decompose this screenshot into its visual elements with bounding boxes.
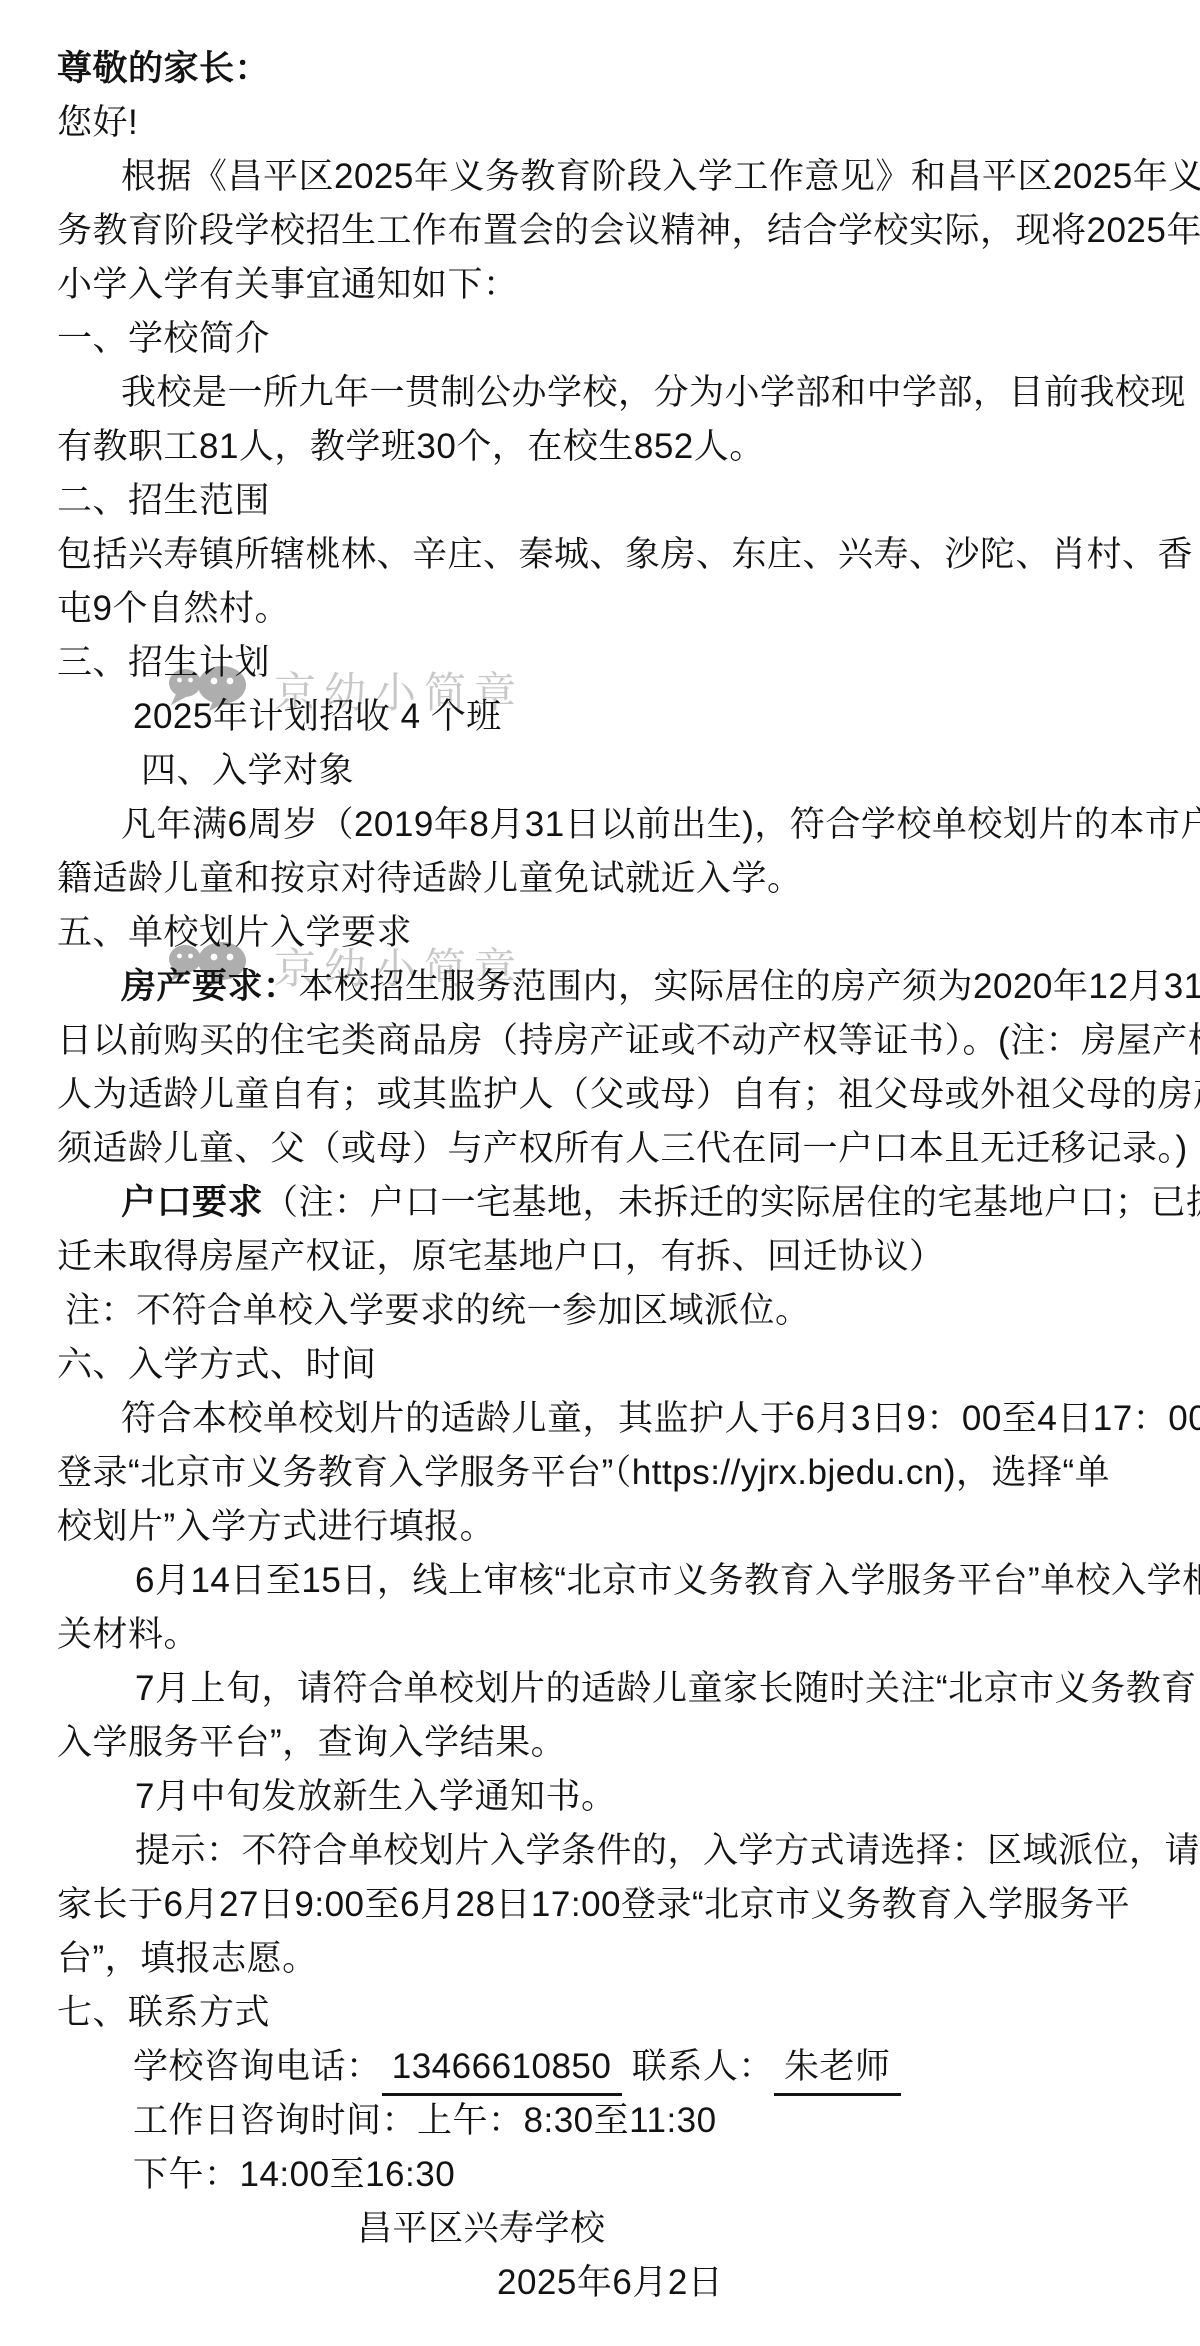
text-line: 人为适龄儿童自有；或其监护人（父或母）自有；祖父母或外祖父母的房产 xyxy=(57,1068,1160,1122)
underlined-value: 朱老师 xyxy=(774,2047,901,2096)
text-line: 户口要求（注：户口一宅基地，未拆迁的实际居住的宅基地户口；已拆 xyxy=(57,1176,1160,1230)
text-line: 7月上旬，请符合单校划片的适龄儿童家长随时关注“北京市义务教育 xyxy=(57,1662,1160,1716)
text-line: 校划片”入学方式进行填报。 xyxy=(57,1500,1160,1554)
text-line: 包括兴寿镇所辖桃林、辛庄、秦城、象房、东庄、兴寿、沙陀、肖村、香 xyxy=(57,528,1160,582)
text-line: 日以前购买的住宅类商品房（持房产证或不动产权等证书）。(注：房屋产权 xyxy=(57,1014,1160,1068)
text-run: 注：不符合单校入学要求的统一参加区域派位。 xyxy=(65,1291,811,1330)
text-run: 入学服务平台”，查询入学结果。 xyxy=(57,1723,566,1762)
text-line: 四、入学对象 xyxy=(57,744,1160,798)
document-text: 尊敬的家长：您好!根据《昌平区2025年义务教育阶段入学工作意见》和昌平区202… xyxy=(0,0,1200,2310)
text-run: 二、招生范围 xyxy=(57,481,270,520)
text-line: 屯9个自然村。 xyxy=(57,582,1160,636)
text-line: 昌平区兴寿学校 xyxy=(57,2202,1160,2256)
text-run: （注：户口一宅基地，未拆迁的实际居住的宅基地户口；已拆 xyxy=(263,1183,1200,1222)
text-line: 房产要求：本校招生服务范围内，实际居住的房产须为2020年12月31 xyxy=(57,960,1160,1014)
text-line: 务教育阶段学校招生工作布置会的会议精神，结合学校实际，现将2025年 xyxy=(57,204,1160,258)
text-run: 本校招生服务范围内，实际居住的房产须为2020年12月31 xyxy=(299,967,1200,1006)
text-line: 一、学校简介 xyxy=(57,312,1160,366)
text-run: 七、联系方式 xyxy=(57,1993,270,2032)
text-run: 五、单校划片入学要求 xyxy=(57,913,412,952)
text-line: 尊敬的家长： xyxy=(57,42,1160,96)
text-line: 二、招生范围 xyxy=(57,474,1160,528)
text-run: 符合本校单校划片的适龄儿童，其监护人于6月3日9：00至4日17：00 xyxy=(121,1399,1200,1438)
text-run: 台”，填报志愿。 xyxy=(57,1939,318,1978)
text-line: 五、单校划片入学要求 xyxy=(57,906,1160,960)
text-line: 根据《昌平区2025年义务教育阶段入学工作意见》和昌平区2025年义 xyxy=(57,150,1160,204)
text-run: 我校是一所九年一贯制公办学校，分为小学部和中学部，目前我校现 xyxy=(121,373,1186,412)
text-line: 下午：14:00至16:30 xyxy=(57,2148,1160,2202)
text-run: 四、入学对象 xyxy=(141,751,354,790)
text-run: 有教职工81人，教学班30个，在校生852人。 xyxy=(57,427,765,466)
text-line: 2025年计划招收 4 个班 xyxy=(57,690,1160,744)
text-line: 2025年6月2日 xyxy=(57,2256,1160,2310)
text-line: 您好! xyxy=(57,96,1160,150)
text-run: 学校咨询电话： xyxy=(133,2047,382,2086)
text-line: 三、招生计划 xyxy=(57,636,1160,690)
text-line: 关材料。 xyxy=(57,1608,1160,1662)
text-run: 日以前购买的住宅类商品房（持房产证或不动产权等证书）。(注：房屋产权 xyxy=(57,1021,1200,1060)
text-line: 台”，填报志愿。 xyxy=(57,1932,1160,1986)
text-run: 一、学校简介 xyxy=(57,319,270,358)
text-line: 小学入学有关事宜通知如下： xyxy=(57,258,1160,312)
text-line: 籍适龄儿童和按京对待适龄儿童免试就近入学。 xyxy=(57,852,1160,906)
text-run: 籍适龄儿童和按京对待适龄儿童免试就近入学。 xyxy=(57,859,803,898)
text-run: 务教育阶段学校招生工作布置会的会议精神，结合学校实际，现将2025年 xyxy=(57,211,1200,250)
text-line: 登录“北京市义务教育入学服务平台”（https://yjrx.bjedu.cn)… xyxy=(57,1446,1160,1500)
text-run: 联系人： xyxy=(622,2047,774,2086)
text-line: 凡年满6周岁（2019年8月31日以前出生)，符合学校单校划片的本市户 xyxy=(57,798,1160,852)
text-run: 登录“北京市义务教育入学服务平台”（https://yjrx.bjedu.cn)… xyxy=(57,1453,1110,1492)
notice-document-page: 京幼小简章京幼小简章 尊敬的家长：您好!根据《昌平区2025年义务教育阶段入学工… xyxy=(0,0,1200,2346)
text-run: 校划片”入学方式进行填报。 xyxy=(57,1507,495,1546)
text-run: 您好! xyxy=(57,103,138,142)
text-run: 工作日咨询时间：上午：8:30至11:30 xyxy=(133,2101,717,2140)
text-run: 屯9个自然村。 xyxy=(57,589,290,628)
bold-label: 户口要求 xyxy=(121,1183,263,1222)
text-run: 7月上旬，请符合单校划片的适龄儿童家长随时关注“北京市义务教育 xyxy=(135,1669,1197,1708)
text-run: 下午：14:00至16:30 xyxy=(133,2155,455,2194)
text-run: 包括兴寿镇所辖桃林、辛庄、秦城、象房、东庄、兴寿、沙陀、肖村、香 xyxy=(57,535,1193,574)
text-run: 2025年6月2日 xyxy=(497,2263,723,2302)
text-run: 关材料。 xyxy=(57,1615,199,1654)
text-line: 7月中旬发放新生入学通知书。 xyxy=(57,1770,1160,1824)
text-run: 家长于6月27日9:00至6月28日17:00登录“北京市义务教育入学服务平 xyxy=(57,1885,1130,1924)
text-run: 凡年满6周岁（2019年8月31日以前出生)，符合学校单校划片的本市户 xyxy=(121,805,1200,844)
text-run: 2025年计划招收 4 个班 xyxy=(133,697,502,736)
text-line: 六、入学方式、时间 xyxy=(57,1338,1160,1392)
text-run: 小学入学有关事宜通知如下： xyxy=(57,265,519,304)
text-run: 人为适龄儿童自有；或其监护人（父或母）自有；祖父母或外祖父母的房产 xyxy=(57,1075,1200,1114)
text-line: 有教职工81人，教学班30个，在校生852人。 xyxy=(57,420,1160,474)
text-line: 6月14日至15日，线上审核“北京市义务教育入学服务平台”单校入学相 xyxy=(57,1554,1160,1608)
text-line: 入学服务平台”，查询入学结果。 xyxy=(57,1716,1160,1770)
text-run: 根据《昌平区2025年义务教育阶段入学工作意见》和昌平区2025年义 xyxy=(121,157,1200,196)
underlined-value: 13466610850 xyxy=(382,2047,622,2096)
text-line: 七、联系方式 xyxy=(57,1986,1160,2040)
text-run: 须适龄儿童、父（或母）与产权所有人三代在同一户口本且无迁移记录。) xyxy=(57,1129,1188,1168)
text-line: 提示：不符合单校划片入学条件的，入学方式请选择：区域派位，请 xyxy=(57,1824,1160,1878)
text-line: 家长于6月27日9:00至6月28日17:00登录“北京市义务教育入学服务平 xyxy=(57,1878,1160,1932)
text-line: 我校是一所九年一贯制公办学校，分为小学部和中学部，目前我校现 xyxy=(57,366,1160,420)
text-line: 迁未取得房屋产权证，原宅基地户口，有拆、回迁协议） xyxy=(57,1230,1160,1284)
text-line: 符合本校单校划片的适龄儿童，其监护人于6月3日9：00至4日17：00 xyxy=(57,1392,1160,1446)
text-run: 昌平区兴寿学校 xyxy=(357,2209,606,2248)
text-run: 7月中旬发放新生入学通知书。 xyxy=(135,1777,616,1816)
text-line: 注：不符合单校入学要求的统一参加区域派位。 xyxy=(57,1284,1160,1338)
text-run: 提示：不符合单校划片入学条件的，入学方式请选择：区域派位，请 xyxy=(135,1831,1200,1870)
text-line: 学校咨询电话： 13466610850 联系人： 朱老师 xyxy=(57,2040,1160,2094)
bold-label: 房产要求： xyxy=(121,967,299,1006)
bold-label: 尊敬的家长： xyxy=(57,49,270,88)
text-run: 6月14日至15日，线上审核“北京市义务教育入学服务平台”单校入学相 xyxy=(135,1561,1200,1600)
text-line: 工作日咨询时间：上午：8:30至11:30 xyxy=(57,2094,1160,2148)
text-run: 迁未取得房屋产权证，原宅基地户口，有拆、回迁协议） xyxy=(57,1237,945,1276)
text-run: 六、入学方式、时间 xyxy=(57,1345,377,1384)
text-run: 三、招生计划 xyxy=(57,643,270,682)
text-line: 须适龄儿童、父（或母）与产权所有人三代在同一户口本且无迁移记录。) xyxy=(57,1122,1160,1176)
